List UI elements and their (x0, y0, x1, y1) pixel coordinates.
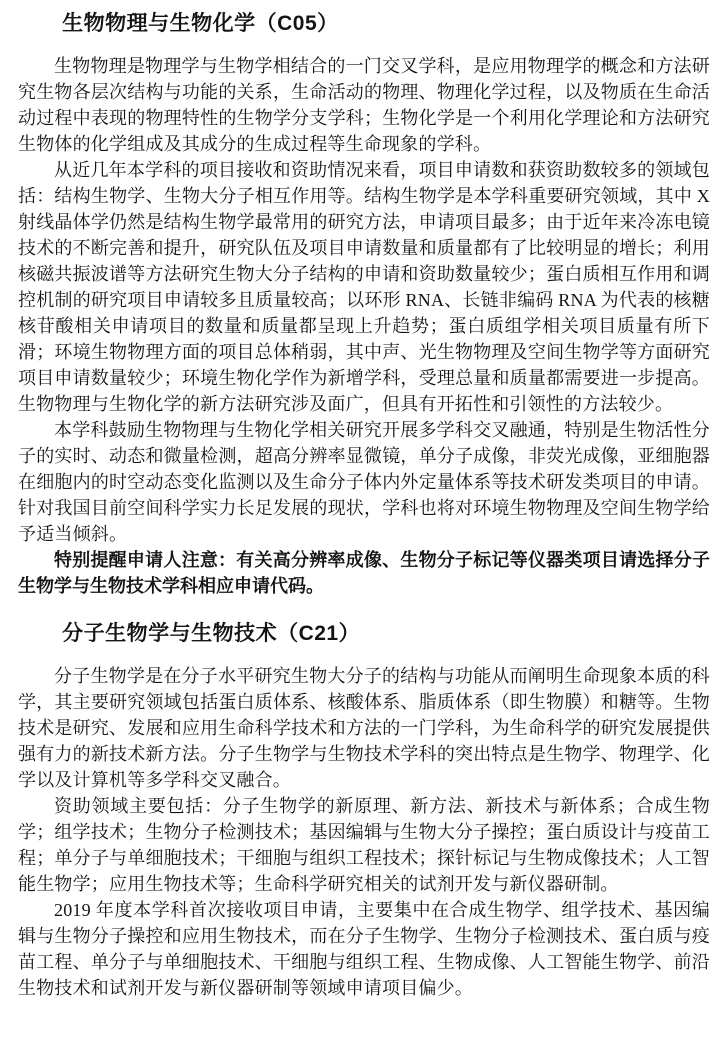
paragraph-c05-intro: 生物物理是物理学与生物学相结合的一门交叉学科，是应用物理学的概念和方法研究生物各… (18, 53, 710, 157)
paragraph-c21-2019-applications: 2019 年度本学科首次接收项目申请，主要集中在合成生物学、组学技术、基因编辑与… (18, 897, 710, 1001)
section-heading-c05: 生物物理与生物化学（C05） (18, 10, 710, 38)
section-biophysics-c05: 生物物理与生物化学（C05） 生物物理是物理学与生物学相结合的一门交叉学科，是应… (18, 10, 710, 599)
paragraph-c05-funding-overview: 从近几年本学科的项目接收和资助情况来看，项目申请数和获资助数较多的领域包括：结构… (18, 157, 710, 417)
paragraph-c05-applicant-notice: 特别提醒申请人注意：有关高分辨率成像、生物分子标记等仪器类项目请选择分子生物学与… (18, 547, 710, 599)
document-page: 生物物理与生物化学（C05） 生物物理是物理学与生物学相结合的一门交叉学科，是应… (0, 0, 720, 1046)
section-heading-c21: 分子生物学与生物技术（C21） (18, 620, 710, 648)
paragraph-c21-intro: 分子生物学是在分子水平研究生物大分子的结构与功能从而阐明生命现象本质的科学，其主… (18, 663, 710, 793)
paragraph-c21-funding-areas: 资助领域主要包括：分子生物学的新原理、新方法、新技术与新体系；合成生物学；组学技… (18, 793, 710, 897)
paragraph-c05-encouraged-areas: 本学科鼓励生物物理与生物化学相关研究开展多学科交叉融通，特别是生物活性分子的实时… (18, 417, 710, 547)
section-molecular-biology-c21: 分子生物学与生物技术（C21） 分子生物学是在分子水平研究生物大分子的结构与功能… (18, 620, 710, 1001)
